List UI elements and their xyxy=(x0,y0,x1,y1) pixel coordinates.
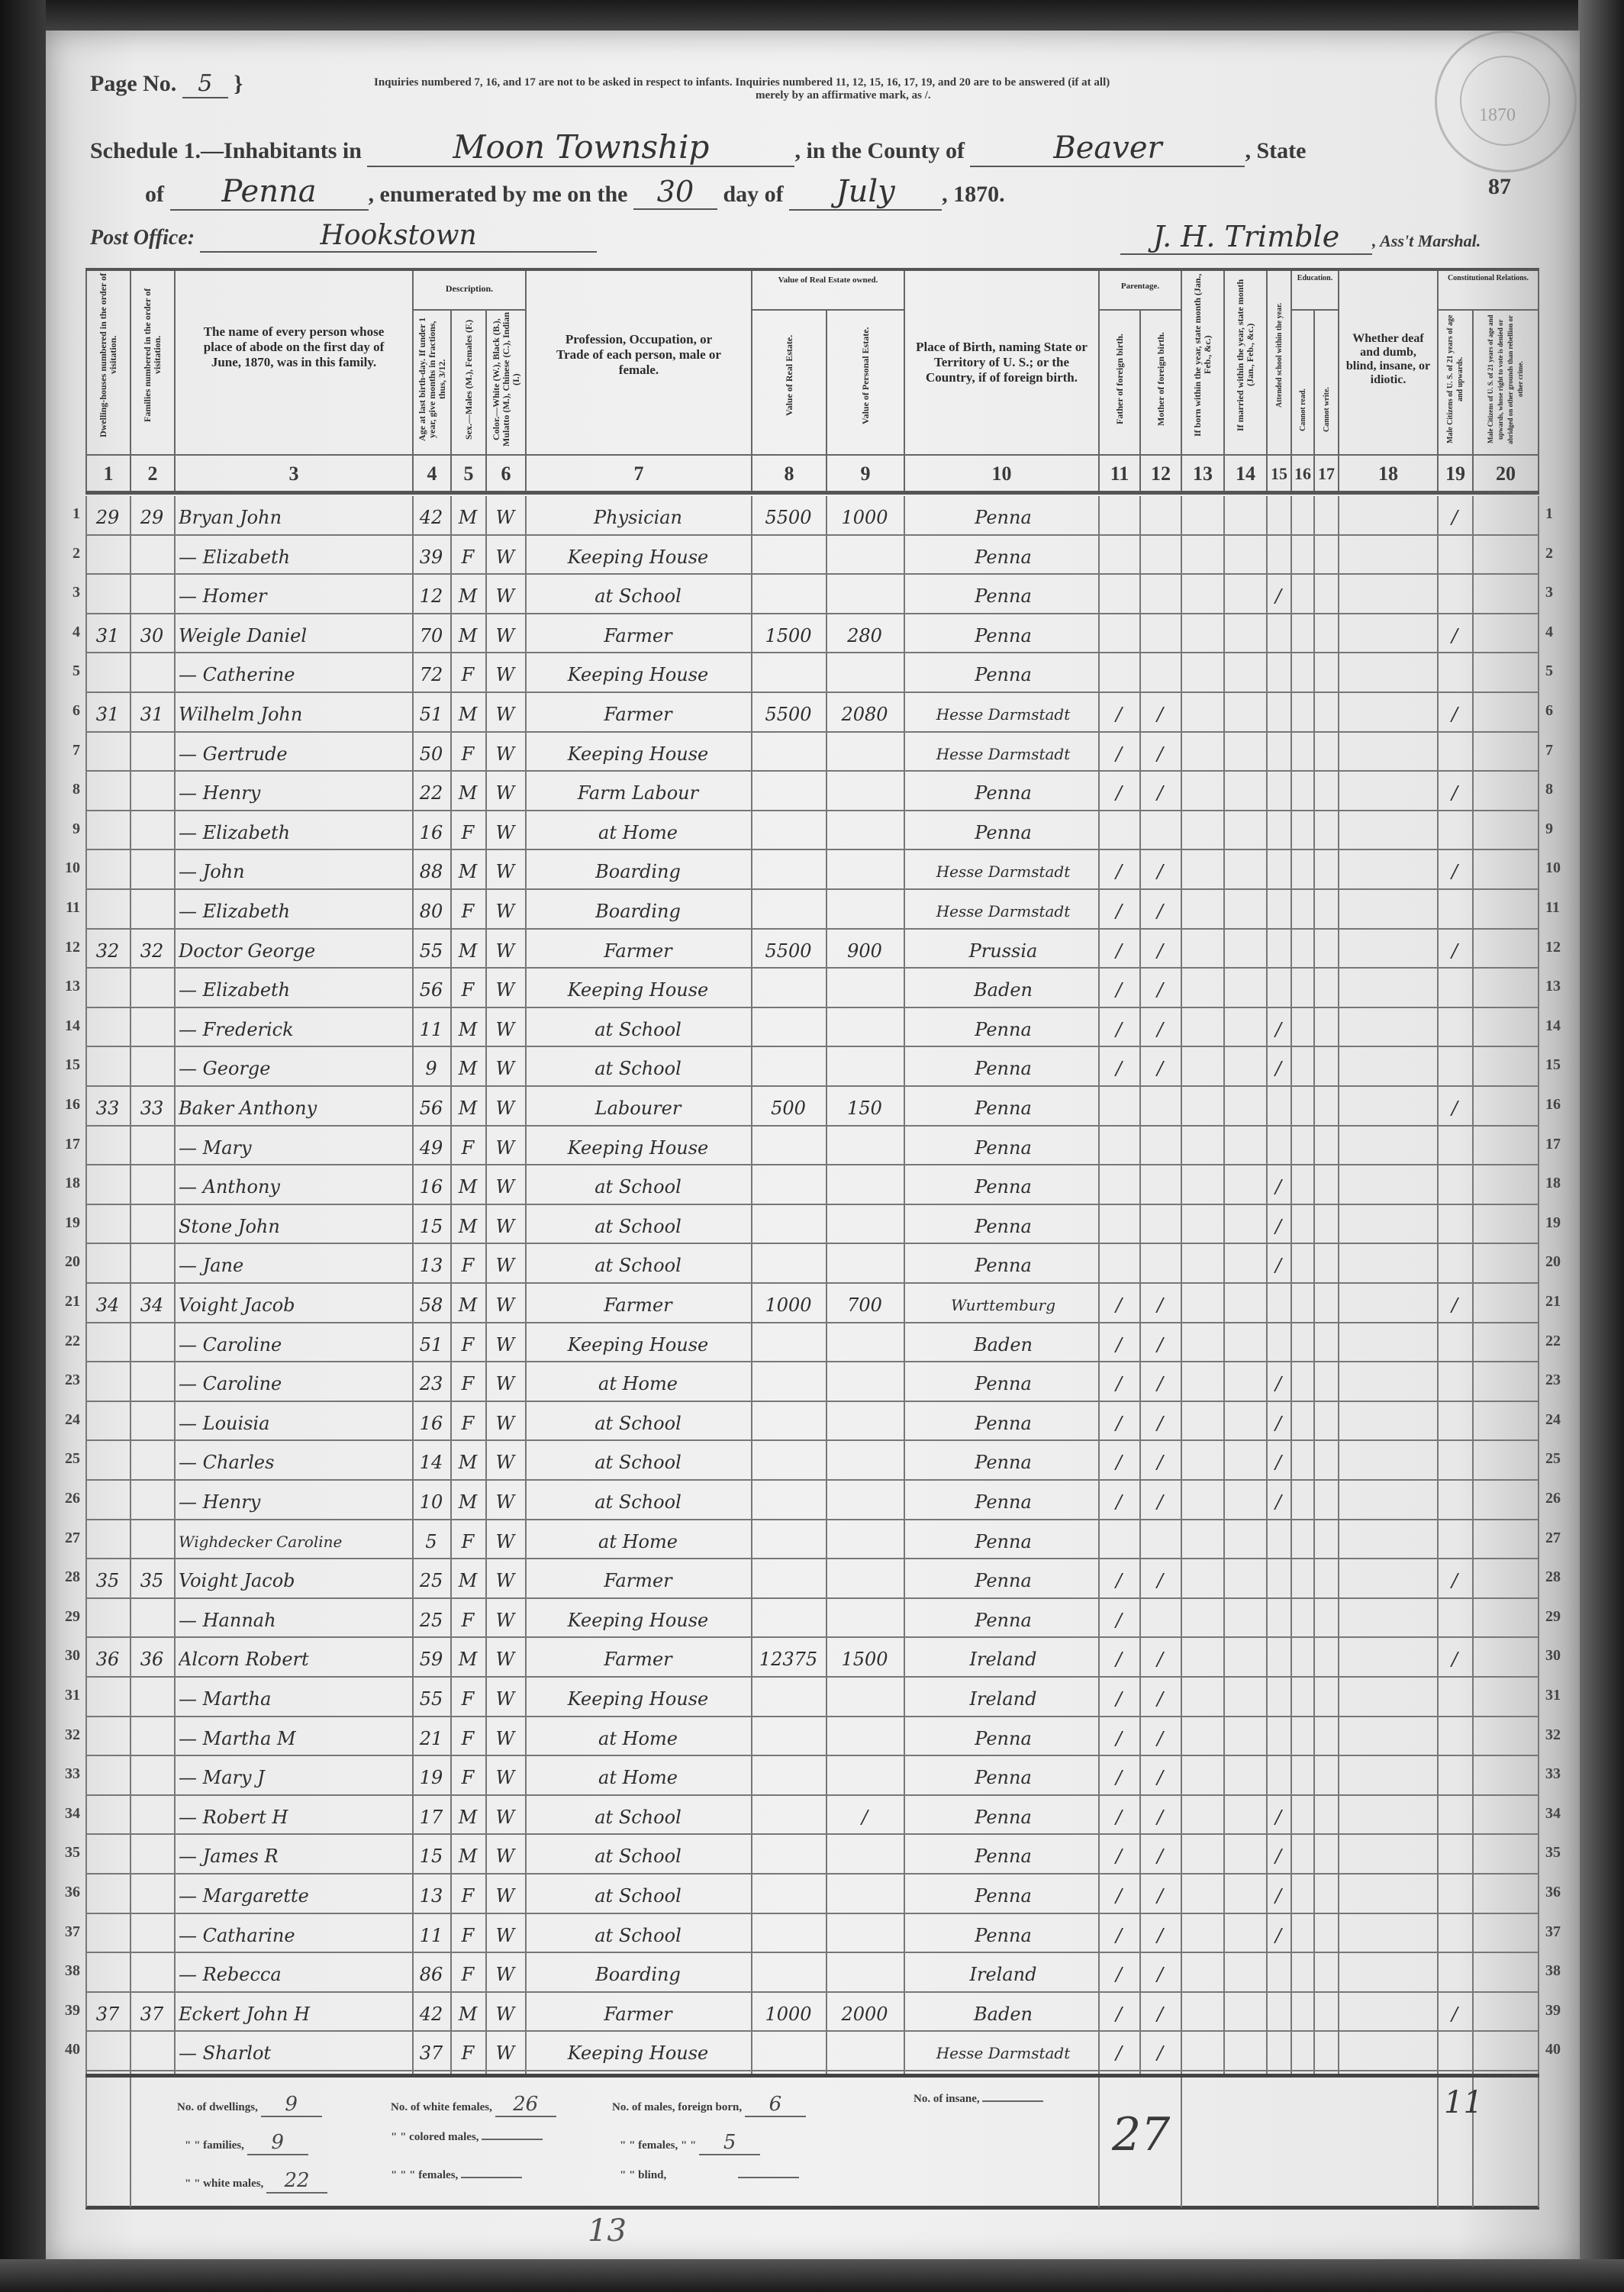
sex: M xyxy=(450,930,485,969)
age: 13 xyxy=(412,1875,450,1914)
occupation: at School xyxy=(525,1441,751,1481)
tally-col-11: 27 xyxy=(1112,2108,1170,2161)
occupation: at Home xyxy=(525,1717,751,1757)
age: 13 xyxy=(412,1244,450,1284)
col-head-4: Age at last birth-day. If under 1 year, … xyxy=(412,309,450,454)
real-estate-value xyxy=(751,1835,826,1875)
person-name: — Elizabeth xyxy=(179,969,412,1008)
sex: F xyxy=(450,811,485,851)
attended-school-mark xyxy=(1266,969,1290,1008)
male-citizen-mark xyxy=(1437,1127,1472,1166)
occupation: Farmer xyxy=(525,1638,751,1678)
male-citizen-mark xyxy=(1437,1205,1472,1245)
line-number-right: 13 xyxy=(1545,978,1576,995)
father-foreign-mark: / xyxy=(1098,1362,1139,1402)
table-row: — Mary49FWKeeping HousePenna xyxy=(85,1127,1539,1166)
occupation: Keeping House xyxy=(525,969,751,1008)
sex: M xyxy=(450,614,485,654)
attended-school-mark xyxy=(1266,850,1290,890)
col-num-2: 2 xyxy=(130,454,174,491)
sex: M xyxy=(450,1481,485,1520)
dwelling-number: 29 xyxy=(85,496,130,536)
dwelling-number xyxy=(85,1165,130,1205)
line-number-right: 27 xyxy=(1545,1530,1576,1547)
year: , 1870. xyxy=(942,182,1005,207)
scan-border-bottom xyxy=(0,2259,1624,2292)
male-citizen-mark: / xyxy=(1437,1087,1472,1127)
line-number-left: 3 xyxy=(50,584,80,601)
mother-foreign-mark: / xyxy=(1139,1362,1181,1402)
line-number-left: 5 xyxy=(50,662,80,680)
divider xyxy=(1538,2078,1539,2207)
family-number xyxy=(130,1875,174,1914)
male-citizen-mark xyxy=(1437,1520,1472,1560)
sex: F xyxy=(450,1875,485,1914)
age: 50 xyxy=(412,733,450,772)
person-name: Voight Jacob xyxy=(179,1284,412,1323)
table-row: — Homer12MWat SchoolPenna/ xyxy=(85,575,1539,614)
table-row: — Gertrude50FWKeeping HouseHesse Darmsta… xyxy=(85,733,1539,772)
line-number-right: 38 xyxy=(1545,1962,1576,1980)
occupation: Keeping House xyxy=(525,1599,751,1639)
age: 23 xyxy=(412,1362,450,1402)
personal-estate-value xyxy=(826,1244,904,1284)
line-number-left: 14 xyxy=(50,1017,80,1035)
group-head-constitutional: Constitutional Relations. xyxy=(1437,271,1539,309)
birthplace: Penna xyxy=(908,575,1098,614)
mother-foreign-mark xyxy=(1139,536,1181,575)
line-number-right: 12 xyxy=(1545,939,1576,956)
age: 42 xyxy=(412,1993,450,2032)
age: 10 xyxy=(412,1481,450,1520)
personal-estate-value xyxy=(826,890,904,930)
instructions-line2: merely by an affirmative mark, as /. xyxy=(374,89,1564,102)
birthplace: Penna xyxy=(908,1796,1098,1836)
table-row: 3535Voight Jacob25MWFarmerPenna/// xyxy=(85,1559,1539,1599)
table-row: — Robert H17MWat School/Penna/// xyxy=(85,1796,1539,1836)
age: 56 xyxy=(412,1087,450,1127)
male-citizen-mark xyxy=(1437,1244,1472,1284)
col-num-10: 10 xyxy=(904,454,1098,491)
family-number xyxy=(130,1520,174,1560)
real-estate-value xyxy=(751,1323,826,1363)
line-number-right: 17 xyxy=(1545,1136,1576,1153)
birthplace: Hesse Darmstadt xyxy=(908,850,1098,890)
line-number-left: 8 xyxy=(50,781,80,798)
person-name: Baker Anthony xyxy=(179,1087,412,1127)
age: 86 xyxy=(412,1953,450,1993)
attended-school-mark xyxy=(1266,1323,1290,1363)
line-number-left: 10 xyxy=(50,859,80,877)
father-foreign-mark xyxy=(1098,1520,1139,1560)
color: W xyxy=(485,1520,525,1560)
father-foreign-mark xyxy=(1098,1205,1139,1245)
occupation: Keeping House xyxy=(525,653,751,693)
birthplace: Penna xyxy=(908,1205,1098,1245)
real-estate-value xyxy=(751,772,826,811)
father-foreign-mark: / xyxy=(1098,1323,1139,1363)
real-estate-value: 5500 xyxy=(751,693,826,733)
male-citizen-mark xyxy=(1437,2032,1472,2071)
color: W xyxy=(485,693,525,733)
birthplace: Penna xyxy=(908,1127,1098,1166)
personal-estate-value: 150 xyxy=(826,1087,904,1127)
occupation: Boarding xyxy=(525,890,751,930)
age: 19 xyxy=(412,1756,450,1796)
family-number xyxy=(130,1756,174,1796)
occupation: at School xyxy=(525,1914,751,1954)
occupation: at School xyxy=(525,1835,751,1875)
line-number-left: 17 xyxy=(50,1136,80,1153)
occupation: at Home xyxy=(525,811,751,851)
birthplace: Prussia xyxy=(908,930,1098,969)
person-name: Weigle Daniel xyxy=(179,614,412,654)
line-number-left: 21 xyxy=(50,1293,80,1310)
personal-estate-value xyxy=(826,1875,904,1914)
personal-estate-value xyxy=(826,1127,904,1166)
sex: F xyxy=(450,2032,485,2071)
occupation: at School xyxy=(525,1008,751,1048)
real-estate-value xyxy=(751,1481,826,1520)
line-number-left: 16 xyxy=(50,1096,80,1114)
father-foreign-mark xyxy=(1098,1244,1139,1284)
col-num-16: 16 xyxy=(1290,454,1313,491)
line-number-right: 26 xyxy=(1545,1490,1576,1507)
divider xyxy=(1098,2078,1100,2207)
family-number: 33 xyxy=(130,1087,174,1127)
attended-school-mark: / xyxy=(1266,1796,1290,1836)
dwelling-number xyxy=(85,811,130,851)
group-head-real-estate: Value of Real Estate owned. xyxy=(751,271,904,309)
real-estate-value: 5500 xyxy=(751,496,826,536)
family-number xyxy=(130,1205,174,1245)
table-row: — Frederick11MWat SchoolPenna/// xyxy=(85,1008,1539,1048)
personal-estate-value xyxy=(826,653,904,693)
birthplace: Ireland xyxy=(908,1953,1098,1993)
occupation: Farmer xyxy=(525,693,751,733)
dwelling-number xyxy=(85,733,130,772)
line-number-left: 7 xyxy=(50,742,80,759)
line-number-right: 20 xyxy=(1545,1253,1576,1271)
line-number-right: 21 xyxy=(1545,1293,1576,1310)
male-citizen-mark: / xyxy=(1437,614,1472,654)
personal-estate-value xyxy=(826,1205,904,1245)
dwelling-number xyxy=(85,1362,130,1402)
male-citizen-mark xyxy=(1437,811,1472,851)
marshal-name: J. H. Trimble xyxy=(1120,220,1372,255)
mother-foreign-mark: / xyxy=(1139,1559,1181,1599)
mother-foreign-mark xyxy=(1139,614,1181,654)
attended-school-mark xyxy=(1266,496,1290,536)
line-number-right: 18 xyxy=(1545,1175,1576,1192)
mother-foreign-mark: / xyxy=(1139,733,1181,772)
real-estate-value xyxy=(751,575,826,614)
occupation: at School xyxy=(525,1875,751,1914)
group-head-parentage: Parentage. xyxy=(1098,271,1181,309)
real-estate-value: 12375 xyxy=(751,1638,826,1678)
dwelling-number xyxy=(85,850,130,890)
table-row: — Catharine11FWat SchoolPenna/// xyxy=(85,1914,1539,1954)
line-number-right: 2 xyxy=(1545,545,1576,563)
line-number-left: 40 xyxy=(50,2041,80,2058)
sex: F xyxy=(450,890,485,930)
male-citizen-mark xyxy=(1437,1008,1472,1048)
occupation: at School xyxy=(525,1481,751,1520)
dwelling-number xyxy=(85,1756,130,1796)
male-citizen-mark xyxy=(1437,1756,1472,1796)
family-number xyxy=(130,850,174,890)
line-number-right: 23 xyxy=(1545,1372,1576,1389)
family-number xyxy=(130,1362,174,1402)
age: 11 xyxy=(412,1914,450,1954)
sex: F xyxy=(450,1756,485,1796)
personal-estate-value xyxy=(826,850,904,890)
father-foreign-mark: / xyxy=(1098,1599,1139,1639)
age: 37 xyxy=(412,2032,450,2071)
dwelling-number xyxy=(85,1481,130,1520)
personal-estate-value: 900 xyxy=(826,930,904,969)
summary-colored-females: " " " females, xyxy=(391,2169,522,2182)
color: W xyxy=(485,1559,525,1599)
sex: F xyxy=(450,1914,485,1954)
male-citizen-mark xyxy=(1437,733,1472,772)
male-citizen-mark xyxy=(1437,1481,1472,1520)
real-estate-value xyxy=(751,1008,826,1048)
male-citizen-mark xyxy=(1437,1953,1472,1993)
color: W xyxy=(485,1835,525,1875)
personal-estate-value xyxy=(826,969,904,1008)
family-number xyxy=(130,536,174,575)
dwelling-number: 37 xyxy=(85,1993,130,2032)
enumerated-label: , enumerated by me on the xyxy=(369,182,628,207)
mother-foreign-mark: / xyxy=(1139,1047,1181,1087)
header-bottom-rule xyxy=(85,491,1539,495)
mother-foreign-mark: / xyxy=(1139,1402,1181,1442)
attended-school-mark xyxy=(1266,890,1290,930)
family-number: 31 xyxy=(130,693,174,733)
male-citizen-mark xyxy=(1437,1165,1472,1205)
enumeration-line: of Penna, enumerated by me on the 30 day… xyxy=(145,174,1534,211)
sex: M xyxy=(450,1796,485,1836)
tally-col-19: 11 xyxy=(1444,2085,1483,2120)
attended-school-mark xyxy=(1266,1284,1290,1323)
family-number: 32 xyxy=(130,930,174,969)
real-estate-value xyxy=(751,850,826,890)
real-estate-value xyxy=(751,653,826,693)
occupation: at School xyxy=(525,575,751,614)
personal-estate-value xyxy=(826,733,904,772)
color: W xyxy=(485,811,525,851)
table-row: — George9MWat SchoolPenna/// xyxy=(85,1047,1539,1087)
family-number xyxy=(130,890,174,930)
occupation: at School xyxy=(525,1047,751,1087)
dwelling-number xyxy=(85,1717,130,1757)
col-num-17: 17 xyxy=(1313,454,1338,491)
line-number-right: 4 xyxy=(1545,624,1576,641)
male-citizen-mark: / xyxy=(1437,930,1472,969)
color: W xyxy=(485,1047,525,1087)
table-row: — Caroline23FWat HomePenna/// xyxy=(85,1362,1539,1402)
personal-estate-value: 280 xyxy=(826,614,904,654)
father-foreign-mark xyxy=(1098,575,1139,614)
person-name: — Elizabeth xyxy=(179,536,412,575)
dwelling-number: 32 xyxy=(85,930,130,969)
occupation: Keeping House xyxy=(525,1678,751,1717)
attended-school-mark xyxy=(1266,1993,1290,2032)
attended-school-mark xyxy=(1266,2032,1290,2071)
dwelling-number xyxy=(85,890,130,930)
col-num-20: 20 xyxy=(1472,454,1539,491)
occupation: at School xyxy=(525,1205,751,1245)
attended-school-mark xyxy=(1266,1678,1290,1717)
real-estate-value xyxy=(751,1402,826,1442)
birthplace: Baden xyxy=(908,1323,1098,1363)
birthplace: Ireland xyxy=(908,1678,1098,1717)
line-number-right: 15 xyxy=(1545,1056,1576,1074)
color: W xyxy=(485,575,525,614)
line-number-right: 40 xyxy=(1545,2041,1576,2058)
col-head-5: Sex.—Males (M.), Females (F.) xyxy=(450,309,485,454)
schedule-label: Schedule 1.—Inhabitants in xyxy=(90,138,362,163)
summary-insane: No. of insane, xyxy=(913,2093,1043,2106)
table-row: — Elizabeth39FWKeeping HousePenna xyxy=(85,536,1539,575)
scan-border-left xyxy=(0,0,46,2292)
dwelling-number: 35 xyxy=(85,1559,130,1599)
color: W xyxy=(485,1362,525,1402)
mother-foreign-mark xyxy=(1139,1165,1181,1205)
age: 80 xyxy=(412,890,450,930)
family-number xyxy=(130,1244,174,1284)
family-number xyxy=(130,2032,174,2071)
birthplace: Hesse Darmstadt xyxy=(908,2032,1098,2071)
age: 39 xyxy=(412,536,450,575)
father-foreign-mark: / xyxy=(1098,1796,1139,1836)
sex: F xyxy=(450,1244,485,1284)
real-estate-value xyxy=(751,1678,826,1717)
sex: M xyxy=(450,1008,485,1048)
line-number-right: 24 xyxy=(1545,1411,1576,1429)
attended-school-mark: / xyxy=(1266,1875,1290,1914)
birthplace: Penna xyxy=(908,772,1098,811)
male-citizen-mark xyxy=(1437,1441,1472,1481)
age: 58 xyxy=(412,1284,450,1323)
family-number xyxy=(130,772,174,811)
person-name: — Elizabeth xyxy=(179,811,412,851)
line-number-left: 27 xyxy=(50,1530,80,1547)
month: July xyxy=(789,174,942,211)
color: W xyxy=(485,1402,525,1442)
table-row: 3636Alcorn Robert59MWFarmer123751500Irel… xyxy=(85,1638,1539,1678)
age: 55 xyxy=(412,930,450,969)
mother-foreign-mark: / xyxy=(1139,2032,1181,2071)
color: W xyxy=(485,969,525,1008)
age: 15 xyxy=(412,1205,450,1245)
family-number xyxy=(130,1008,174,1048)
male-citizen-mark xyxy=(1437,1323,1472,1363)
real-estate-value: 500 xyxy=(751,1087,826,1127)
father-foreign-mark: / xyxy=(1098,1678,1139,1717)
birthplace: Penna xyxy=(908,496,1098,536)
real-estate-value xyxy=(751,1244,826,1284)
table-row: — Catherine72FWKeeping HousePenna xyxy=(85,653,1539,693)
table-row: Stone John15MWat SchoolPenna/ xyxy=(85,1205,1539,1245)
col-head-12: Mother of foreign birth. xyxy=(1139,309,1181,454)
line-number-left: 2 xyxy=(50,545,80,563)
table-row: — James R15MWat SchoolPenna/// xyxy=(85,1835,1539,1875)
table-row: 3333Baker Anthony56MWLabourer500150Penna… xyxy=(85,1087,1539,1127)
marshal-label: , Ass't Marshal. xyxy=(1372,231,1481,250)
person-name: — Caroline xyxy=(179,1323,412,1363)
personal-estate-value xyxy=(826,575,904,614)
male-citizen-mark xyxy=(1437,1047,1472,1087)
summary-white-females: No. of white females, 26 xyxy=(391,2093,556,2117)
dwelling-number xyxy=(85,1953,130,1993)
father-foreign-mark xyxy=(1098,653,1139,693)
mother-foreign-mark xyxy=(1139,653,1181,693)
color: W xyxy=(485,1914,525,1954)
line-number-left: 9 xyxy=(50,820,80,838)
male-citizen-mark: / xyxy=(1437,1284,1472,1323)
line-number-right: 37 xyxy=(1545,1923,1576,1941)
sex: M xyxy=(450,575,485,614)
personal-estate-value xyxy=(826,1362,904,1402)
line-number-left: 23 xyxy=(50,1372,80,1389)
person-name: — Hannah xyxy=(179,1599,412,1639)
table-row: — Martha M21FWat HomePenna// xyxy=(85,1717,1539,1757)
mother-foreign-mark: / xyxy=(1139,1993,1181,2032)
line-number-left: 25 xyxy=(50,1450,80,1468)
scan-border-right xyxy=(1578,0,1624,2292)
birthplace: Penna xyxy=(908,1087,1098,1127)
col-head-10: Place of Birth, naming State or Territor… xyxy=(904,271,1098,454)
col-head-7: Profession, Occupation, or Trade of each… xyxy=(525,271,751,454)
stamp-text: 1870 xyxy=(1479,105,1516,126)
color: W xyxy=(485,1087,525,1127)
real-estate-value: 1500 xyxy=(751,614,826,654)
col-head-17: Cannot write. xyxy=(1313,309,1338,454)
table-row: — Elizabeth16FWat HomePenna xyxy=(85,811,1539,851)
occupation: at School xyxy=(525,1796,751,1836)
personal-estate-value xyxy=(826,1599,904,1639)
summary-blind: " " blind, xyxy=(620,2169,799,2182)
age: 42 xyxy=(412,496,450,536)
dwelling-number: 36 xyxy=(85,1638,130,1678)
father-foreign-mark: / xyxy=(1098,1441,1139,1481)
col-head-15: Attended school within the year. xyxy=(1266,271,1290,454)
personal-estate-value: 700 xyxy=(826,1284,904,1323)
col-head-18: Whether deaf and dumb, blind, insane, or… xyxy=(1338,271,1437,454)
summary-dwellings: No. of dwellings, 9 xyxy=(177,2093,322,2117)
birthplace: Wurttemburg xyxy=(908,1284,1098,1323)
line-number-left: 39 xyxy=(50,2002,80,2020)
county-label: , in the County of xyxy=(794,138,965,163)
sex: M xyxy=(450,1087,485,1127)
sex: M xyxy=(450,1284,485,1323)
dwelling-number xyxy=(85,1244,130,1284)
birthplace: Penna xyxy=(908,1165,1098,1205)
attended-school-mark xyxy=(1266,1559,1290,1599)
mother-foreign-mark: / xyxy=(1139,1323,1181,1363)
family-number xyxy=(130,1796,174,1836)
father-foreign-mark: / xyxy=(1098,693,1139,733)
col-head-8: Value of Real Estate. xyxy=(751,309,826,454)
mother-foreign-mark: / xyxy=(1139,930,1181,969)
real-estate-value xyxy=(751,1756,826,1796)
age: 16 xyxy=(412,811,450,851)
table-row: — John88MWBoardingHesse Darmstadt/// xyxy=(85,850,1539,890)
color: W xyxy=(485,733,525,772)
table-row: — Henry10MWat SchoolPenna/// xyxy=(85,1481,1539,1520)
